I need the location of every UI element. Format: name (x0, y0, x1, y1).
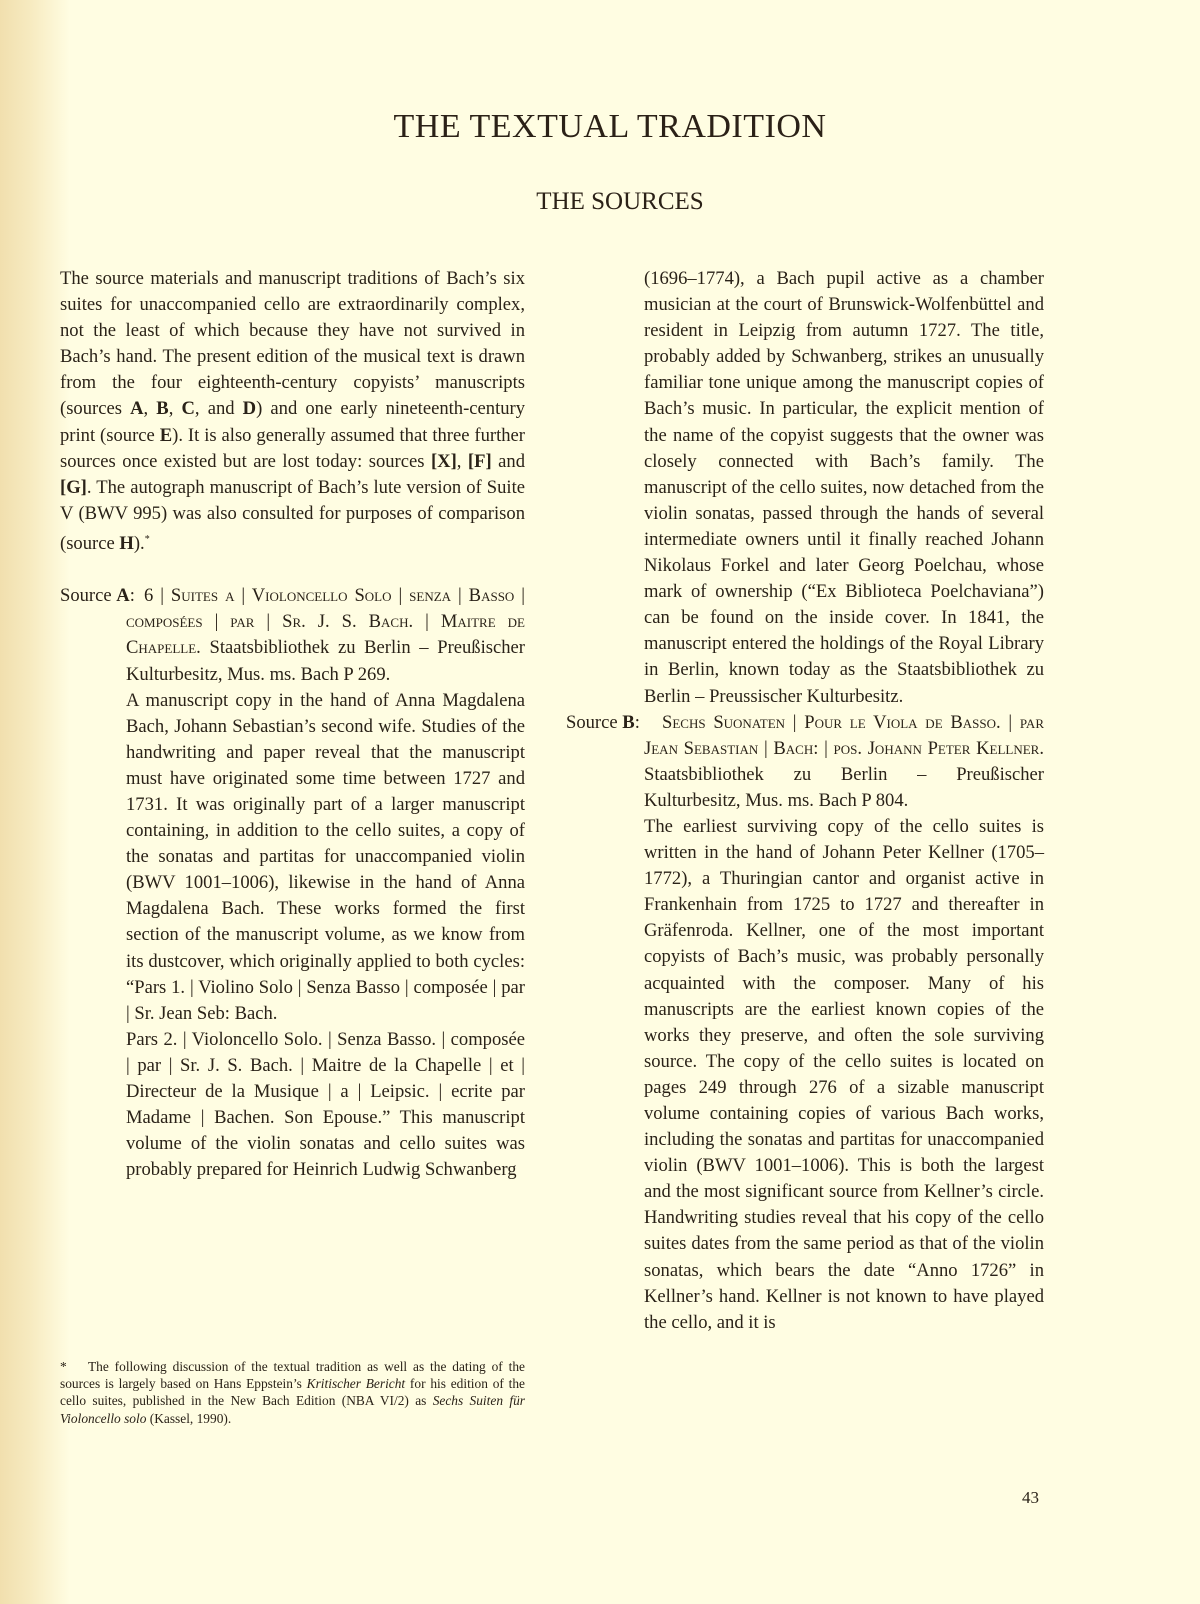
source-a-description: A manuscript copy in the hand of Anna Ma… (126, 688, 525, 1027)
intro-text: ). (134, 533, 145, 554)
section-title: THE SOURCES (0, 188, 1200, 216)
source-ref-f: [F] (468, 451, 492, 472)
source-ref-h: H (119, 533, 133, 554)
label-letter: A (116, 585, 129, 606)
source-a-pars2: Pars 2. | Violoncello Solo. | Senza Bass… (126, 1027, 525, 1184)
footnote-reference[interactable]: * (145, 534, 150, 545)
separator: , (457, 451, 468, 472)
source-b-heading: Sechs Suonaten | Pour le Viola de Basso.… (644, 710, 1044, 814)
source-b-title: Sechs Suonaten | Pour le Viola de Basso.… (644, 712, 1044, 759)
source-b-description: The earliest surviving copy of the cello… (644, 814, 1044, 1336)
source-ref-x: [X] (431, 451, 457, 472)
source-a-entry: Source A: 6 | Suites a | Violoncello Sol… (60, 583, 525, 1183)
label-prefix: Source (60, 585, 116, 606)
source-ref-g: [G] (60, 477, 87, 498)
label-letter: B (622, 712, 634, 733)
separator: , and (195, 398, 243, 419)
intro-paragraph: The source materials and manuscript trad… (60, 266, 525, 557)
source-a-label: Source A: (60, 583, 135, 609)
separator: and (492, 451, 525, 472)
label-suffix: : (130, 585, 135, 606)
chapter-title: THE TEXTUAL TRADITION (0, 108, 1200, 146)
source-ref-a: A (130, 398, 143, 419)
right-column: (1696–1774), a Bach pupil active as a ch… (578, 266, 1044, 1336)
source-ref-c: C (181, 398, 194, 419)
source-ref-b: B (156, 398, 168, 419)
label-suffix: : (635, 712, 640, 733)
paragraph-gap (60, 557, 525, 583)
label-prefix: Source (566, 712, 622, 733)
separator: , (169, 398, 182, 419)
continuation-paragraph: (1696–1774), a Bach pupil active as a ch… (578, 266, 1044, 710)
page-number: 43 (1022, 1488, 1039, 1508)
source-b-location: Staatsbibliothek zu Berlin – Preußischer… (644, 764, 1044, 811)
intro-text: The source materials and manuscript trad… (60, 268, 525, 419)
source-b-label: Source B: (566, 710, 640, 736)
separator: , (144, 398, 157, 419)
footnote-title-kritischer-bericht: Kritischer Bericht (307, 1376, 406, 1391)
source-ref-d: D (243, 398, 256, 419)
source-a-heading: 6 | Suites a | Violoncello Solo | senza … (126, 583, 525, 687)
footnote-marker: * (60, 1358, 88, 1375)
source-b-entry: Source B: Sechs Suonaten | Pour le Viola… (578, 710, 1044, 1336)
footnote-text: (Kassel, 1990). (146, 1411, 231, 1426)
source-ref-e: E (160, 425, 172, 446)
left-column: The source materials and manuscript trad… (60, 266, 525, 1183)
footnote: *The following discussion of the textual… (60, 1358, 525, 1427)
